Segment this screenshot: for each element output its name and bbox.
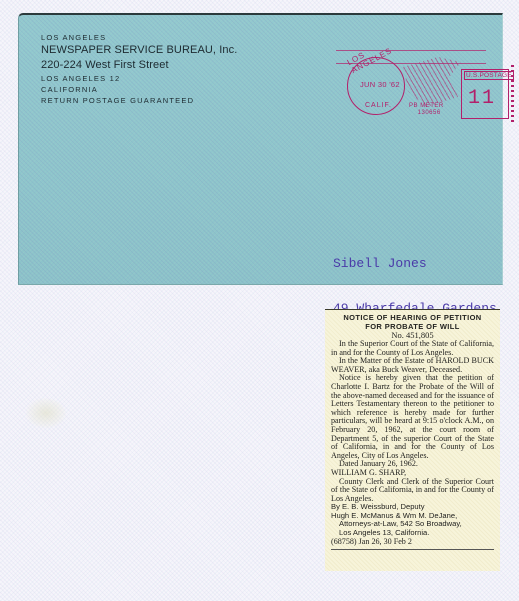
return-postage-note: RETURN POSTAGE GUARANTEED [41, 95, 237, 106]
meter-label: METER [420, 103, 444, 109]
notice-paragraph: Notice is hereby given that the petition… [331, 374, 494, 460]
postage-label: U.S.POSTAGE [464, 71, 514, 80]
envelope: LOS ANGELES NEWSPAPER SERVICE BUREAU, In… [18, 13, 503, 285]
postage-value: 11 [468, 87, 496, 110]
postage-box: U.S.POSTAGE 11 [461, 69, 509, 119]
postmark-date: JUN 30 '62 [360, 80, 400, 89]
recipient-name: Sibell Jones [333, 256, 497, 271]
postage-meter-stamp: LOS ANGELES JUN 30 '62 CALIF. PB METER 1… [341, 43, 511, 123]
postmark-city: LOS ANGELES [346, 36, 399, 75]
postmark-circle: LOS ANGELES JUN 30 '62 CALIF. [347, 57, 405, 115]
postmark-state: CALIF. [365, 102, 392, 109]
return-address-city: LOS ANGELES [41, 32, 237, 43]
clerk-title: County Clerk and Clerk of the Superior C… [331, 478, 494, 504]
return-address-street: 220-224 West First Street [41, 58, 237, 73]
return-address-city-zone: LOS ANGELES 12 [41, 73, 237, 84]
return-address-company: NEWSPAPER SERVICE BUREAU, Inc. [41, 43, 237, 58]
court-paragraph: In the Superior Court of the State of Ca… [331, 340, 494, 357]
estate-paragraph: In the Matter of the Estate of HAROLD BU… [331, 357, 494, 374]
bottom-rule [331, 549, 494, 550]
newspaper-clipping: NOTICE OF HEARING OF PETITION FOR PROBAT… [325, 309, 500, 571]
meter-number: PB METER 130656 [409, 103, 444, 117]
return-address-state: CALIFORNIA [41, 84, 237, 95]
eagle-icon [403, 57, 461, 107]
meter-prefix: PB [409, 103, 418, 109]
meter-id: 130656 [418, 110, 441, 116]
meter-perforation [511, 65, 514, 125]
paper-stain [26, 398, 66, 428]
return-address: LOS ANGELES NEWSPAPER SERVICE BUREAU, In… [41, 32, 237, 106]
publication-info: (68758) Jan 26, 30 Feb 2 [331, 538, 494, 547]
